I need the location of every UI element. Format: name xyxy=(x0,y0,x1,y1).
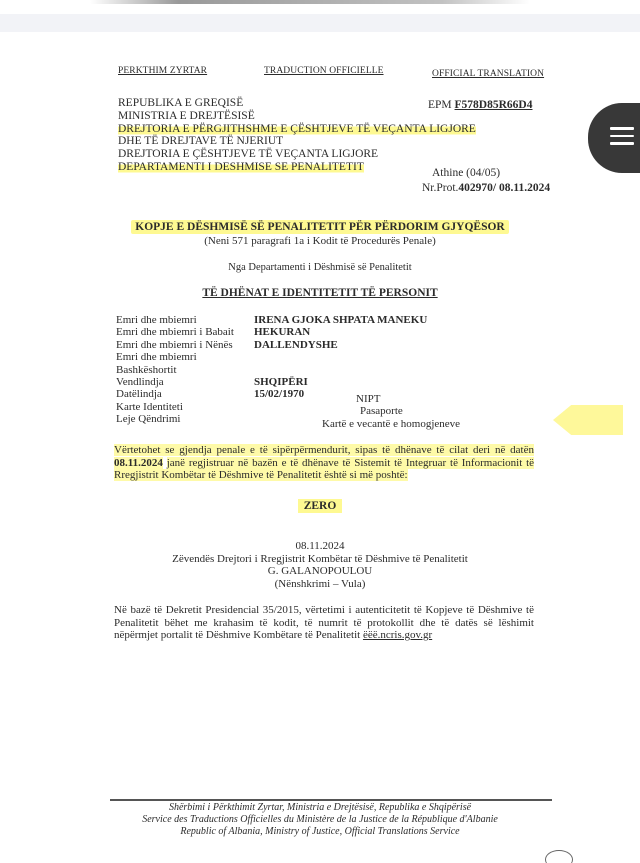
issuer-line: DREJTORIA E ÇËSHTJEVE TË VEÇANTA LIGJORE xyxy=(118,148,476,161)
issuer-line: DHE TË DREJTAVE TË NJERIUT xyxy=(118,135,476,148)
issuer-line: REPUBLIKA E GREQISË xyxy=(118,97,476,110)
issuer-line: DREJTORIA E PËRGJITHSHME E ÇËSHTJEVE TË … xyxy=(118,123,476,136)
footer-line-french: Service des Traductions Officielles du M… xyxy=(0,814,640,826)
protocol-number: Nr.Prot.402970/ 08.11.2024 xyxy=(422,182,550,194)
homogeneous-card-label: Kartë e vecantë e homogjeneve xyxy=(322,418,460,430)
footer-line-english: Republic of Albania, Ministry of Justice… xyxy=(0,826,640,838)
passport-label: Pasaporte xyxy=(360,405,403,417)
issuer-line: MINISTRIA E DREJTËSISË xyxy=(118,110,476,123)
legal-basis: (Neni 571 paragrafi 1a i Kodit të Proced… xyxy=(0,235,640,247)
signature-seal-note: (Nënshkrimi – Vula) xyxy=(0,578,640,591)
nipt-label: NIPT xyxy=(356,393,380,405)
document-page: PERKTHIM ZYRTAR TRADUCTION OFFICIELLE OF… xyxy=(0,32,640,863)
footer-line-albanian: Shërbimi i Përkthimit Zyrtar, Ministria … xyxy=(0,802,640,814)
statement-date: 08.11.2024 xyxy=(114,457,163,469)
header-label-french: TRADUCTION OFFICIELLE xyxy=(264,66,384,76)
verification-link[interactable]: ëëë.ncris.gov.gr xyxy=(363,629,432,641)
hamburger-menu-icon xyxy=(610,127,634,150)
document-title: KOPJE E DËSHMISË SË PENALITETIT PËR PËRD… xyxy=(0,221,640,233)
from-department: Nga Departamenti i Dëshmisë së Penalitet… xyxy=(0,262,640,273)
identity-heading: TË DHËNAT E IDENTITETIT TË PERSONIT xyxy=(0,287,640,299)
verification-note: Në bazë të Dekretit Presidencial 35/2015… xyxy=(114,604,534,642)
footer-divider xyxy=(110,799,552,801)
viewer-toolbar-band xyxy=(0,14,640,32)
header-label-albanian: PERKTHIM ZYRTAR xyxy=(118,66,207,76)
signatory-name: G. GALANOPOULOU xyxy=(0,565,640,578)
signature-block: 08.11.2024 Zëvendës Drejtori i Rregjistr… xyxy=(0,540,640,590)
header-label-english: OFFICIAL TRANSLATION xyxy=(432,69,544,79)
record-result: ZERO xyxy=(0,500,640,512)
signature-date: 08.11.2024 xyxy=(0,540,640,553)
translation-service-footer: Shërbimi i Përkthimit Zyrtar, Ministria … xyxy=(0,802,640,838)
place-of-issue: Athine (04/05) xyxy=(432,167,500,179)
criminal-record-statement: Vërtetohet se gjendja penale e të sipërp… xyxy=(114,444,534,482)
issuer-line: DEPARTAMENTI I DESHMISE SE PENALITETIT xyxy=(118,161,476,174)
issuer-block: REPUBLIKA E GREQISË MINISTRIA E DREJTËSI… xyxy=(118,97,476,174)
epm-code: EPM F578D85R66D4 xyxy=(428,99,532,111)
stamp-mark-icon xyxy=(545,850,573,863)
scan-top-edge xyxy=(90,0,530,4)
signatory-role: Zëvendës Drejtori i Rregjistrit Kombëtar… xyxy=(0,553,640,566)
